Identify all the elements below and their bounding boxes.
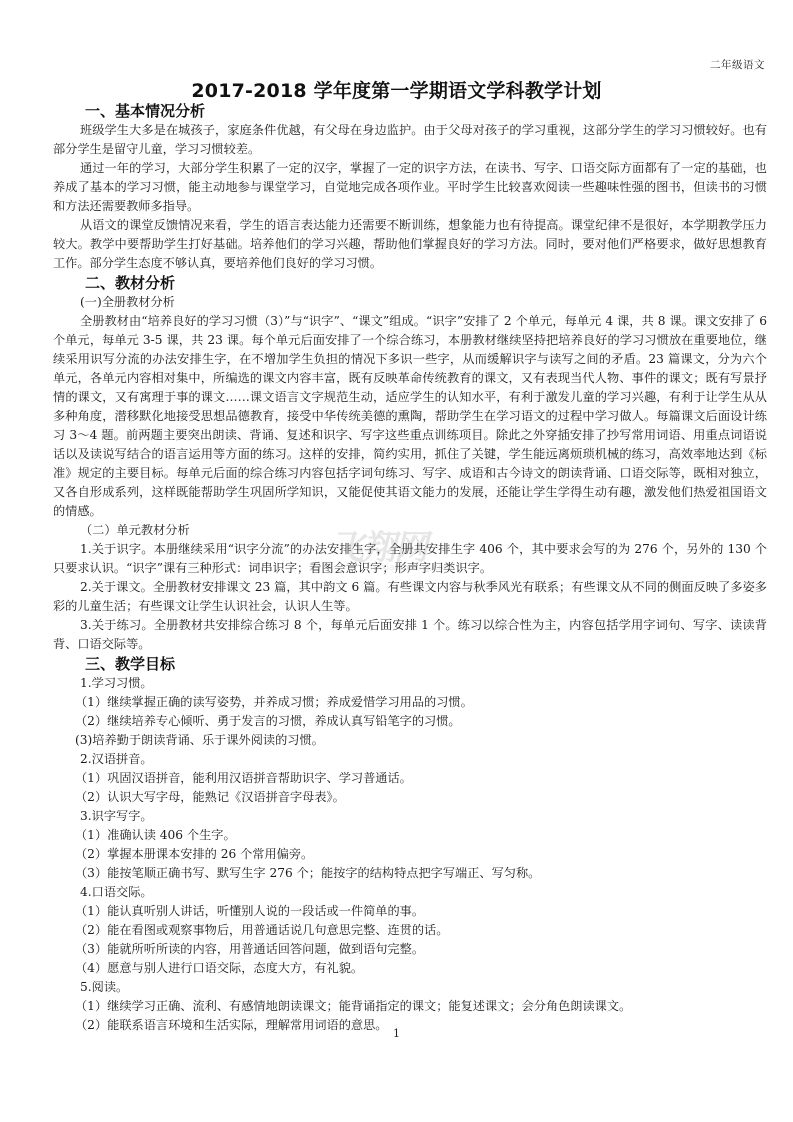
document-body: 一、基本情况分析 班级学生大多是在城孩子，家庭条件优越，有父母在身边监护。由于父… bbox=[53, 101, 767, 1035]
paragraph: 1.关于识字。本册继续采用“识字分流”的办法安排生字，全册共安排生字 406 个… bbox=[53, 540, 767, 578]
goal-group-title: 1.学习习惯。 bbox=[53, 674, 767, 693]
subsection-heading-whole-book: (一)全册教材分析 bbox=[53, 293, 767, 312]
goal-group-pinyin: 2.汉语拼音。 （1）巩固汉语拼音，能利用汉语拼音帮助识字、学习普通话。 （2）… bbox=[53, 750, 767, 807]
paragraph: 从语文的课堂反馈情况来看，学生的语言表达能力还需要不断训练，想象能力也有待提高。… bbox=[53, 216, 767, 273]
goal-item: （1）继续掌握正确的读写姿势，并养成习惯；养成爱惜学习用品的习惯。 bbox=[53, 693, 767, 712]
goal-item: （1）能认真听别人讲话，听懂别人说的一段话或一件简单的事。 bbox=[53, 902, 767, 921]
document-page: 二年级语文 2017-2018 学年度第一学期语文学科教学计划 一、基本情况分析… bbox=[0, 0, 793, 1122]
goal-item: （2）认识大写字母，能熟记《汉语拼音字母表》。 bbox=[53, 788, 767, 807]
section-heading-teaching-goals: 三、教学目标 bbox=[53, 654, 767, 674]
paragraph: 全册教材由“培养良好的学习习惯（3）”与“识字”、“课文”组成。“识字”安排了 … bbox=[53, 312, 767, 521]
goal-group-title: 3.识字写字。 bbox=[53, 807, 767, 826]
page-title: 2017-2018 学年度第一学期语文学科教学计划 bbox=[0, 76, 793, 103]
goal-item: （3）能按笔顺正确书写、默写生字 276 个；能按字的结构特点把字写端正、写匀称… bbox=[53, 864, 767, 883]
goal-group-title: 5.阅读。 bbox=[53, 978, 767, 997]
goal-item: （1）继续学习正确、流利、有感情地朗读课文；能背诵指定的课文；能复述课文；会分角… bbox=[53, 997, 767, 1016]
paragraph: 3.关于练习。全册教材共安排综合练习 8 个，每单元后面安排 1 个。练习以综合… bbox=[53, 616, 767, 654]
goal-group-title: 4.口语交际。 bbox=[53, 883, 767, 902]
goal-group-oral-communication: 4.口语交际。 （1）能认真听别人讲话，听懂别人说的一段话或一件简单的事。 （2… bbox=[53, 883, 767, 978]
goal-group-study-habits: 1.学习习惯。 （1）继续掌握正确的读写姿势，并养成习惯；养成爱惜学习用品的习惯… bbox=[53, 674, 767, 750]
paragraph: 通过一年的学习，大部分学生积累了一定的汉字，掌握了一定的识字方法，在读书、写字、… bbox=[53, 159, 767, 216]
grade-label: 二年级语文 bbox=[710, 57, 765, 72]
goal-item: （2）继续培养专心倾听、勇于发言的习惯，养成认真写铅笔字的习惯。 bbox=[53, 712, 767, 731]
page-number: 1 bbox=[0, 1027, 793, 1040]
goal-item: （1）准确认读 406 个生字。 bbox=[53, 826, 767, 845]
goal-group-title: 2.汉语拼音。 bbox=[53, 750, 767, 769]
section-heading-basic-situation: 一、基本情况分析 bbox=[53, 101, 767, 121]
goal-item: （2）能在看图或观察事物后，用普通话说几句意思完整、连贯的话。 bbox=[53, 921, 767, 940]
goal-item: (3)培养勤于朗读背诵、乐于课外阅读的习惯。 bbox=[53, 731, 767, 750]
goal-group-literacy-writing: 3.识字写字。 （1）准确认读 406 个生字。 （2）掌握本册课本安排的 26… bbox=[53, 807, 767, 883]
goal-item: （4）愿意与别人进行口语交际，态度大方，有礼貌。 bbox=[53, 959, 767, 978]
paragraph: 班级学生大多是在城孩子，家庭条件优越，有父母在身边监护。由于父母对孩子的学习重视… bbox=[53, 121, 767, 159]
paragraph: 2.关于课文。全册教材安排课文 23 篇，其中韵文 6 篇。有些课文内容与秋季风… bbox=[53, 578, 767, 616]
goal-item: （3）能就所听所读的内容，用普通话回答问题，做到语句完整。 bbox=[53, 940, 767, 959]
goal-item: （1）巩固汉语拼音，能利用汉语拼音帮助识字、学习普通话。 bbox=[53, 769, 767, 788]
section-heading-textbook-analysis: 二、教材分析 bbox=[53, 273, 767, 293]
goal-item: （2）掌握本册课本安排的 26 个常用偏旁。 bbox=[53, 845, 767, 864]
subsection-heading-unit-analysis: （二）单元教材分析 bbox=[53, 521, 767, 540]
